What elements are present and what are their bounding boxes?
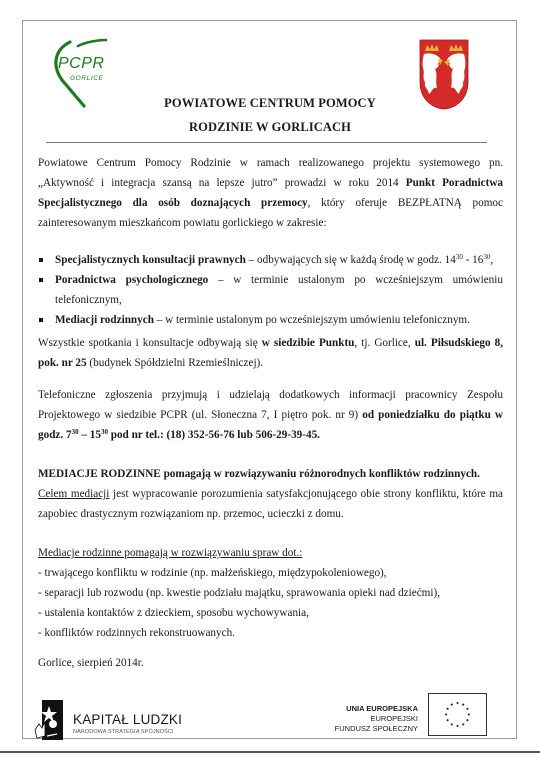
- time-superscript: 30: [101, 428, 108, 436]
- mediation-heading: MEDIACJE RODZINNE: [38, 468, 161, 480]
- mediation-paragraph: MEDIACJE RODZINNE pomagają w rozwiązywan…: [38, 464, 503, 524]
- list-item: Mediacji rodzinnych – w terminie ustalon…: [38, 310, 503, 330]
- list-item: - konfliktów rodzinnych rekonstruowanych…: [38, 623, 503, 643]
- location-text: (budynek Spółdzielni Rzemieślniczej).: [87, 357, 263, 369]
- eu-title: UNIA EUROPEJSKA: [335, 703, 418, 714]
- list-item: - trwającego konfliktu w rodzinie (np. m…: [38, 563, 503, 583]
- topics-heading: Mediacje rodzinne pomagają w rozwiązywan…: [38, 547, 302, 559]
- contact-phone: pod nr tel.: (18) 352-56-76 lub 506-29-3…: [108, 429, 320, 441]
- bullet-square-icon: [39, 278, 43, 282]
- location-bold: w siedzibie Punktu: [262, 337, 355, 349]
- service-name: Mediacji rodzinnych: [55, 314, 154, 326]
- eu-stars-icon: [428, 693, 487, 736]
- svg-text:GORLICE: GORLICE: [70, 75, 104, 82]
- page-title-line1: POWIATOWE CENTRUM POMOCY: [0, 96, 540, 111]
- list-item: - ustalenia kontaktów z dzieckiem, sposo…: [38, 603, 503, 623]
- eu-text-block: UNIA EUROPEJSKA EUROPEJSKI FUNDUSZ SPOŁE…: [335, 703, 418, 734]
- contact-hours: – 15: [79, 429, 101, 441]
- service-desc: ,: [490, 254, 493, 266]
- kapital-ludzki-logo-icon: [33, 700, 63, 740]
- list-item: Specjalistycznych konsultacji prawnych –…: [38, 250, 503, 270]
- service-name: Poradnictwa psychologicznego: [55, 274, 208, 286]
- svg-text:PCPR: PCPR: [58, 55, 104, 72]
- time-superscript: 30: [456, 253, 463, 261]
- service-desc: – odbywających się w każdą środę w godz.…: [246, 254, 456, 266]
- page-title-line2: RODZINIE W GORLICACH: [0, 120, 540, 135]
- services-list: Specjalistycznych konsultacji prawnych –…: [38, 250, 503, 330]
- mediation-heading-rest: pomagają w rozwiązywaniu różnorodnych ko…: [161, 468, 480, 480]
- place-date: Gorlice, sierpień 2014r.: [38, 653, 503, 673]
- eu-fund-line2: FUNDUSZ SPOŁECZNY: [335, 724, 418, 734]
- service-name: Specjalistycznych konsultacji prawnych: [55, 254, 246, 266]
- list-item: Poradnictwa psychologicznego – w termini…: [38, 270, 503, 310]
- kapital-ludzki-subtitle: NARODOWA STRATEGIA SPÓJNOŚCI: [73, 729, 174, 735]
- mediation-topics: Mediacje rodzinne pomagają w rozwiązywan…: [38, 543, 503, 643]
- eu-fund-line1: EUROPEJSKI: [335, 714, 418, 724]
- location-paragraph: Wszystkie spotkania i konsultacje odbywa…: [38, 333, 503, 373]
- list-item: - separacji lub rozwodu (np. kwestie pod…: [38, 583, 503, 603]
- location-text: , tj. Gorlice,: [354, 337, 414, 349]
- service-desc: - 16: [463, 254, 484, 266]
- time-superscript: 30: [72, 428, 79, 436]
- mediation-goal-label: Celem mediacji: [38, 488, 109, 500]
- header-divider: [46, 142, 487, 143]
- location-text: Wszystkie spotkania i konsultacje odbywa…: [38, 337, 262, 349]
- page-bottom-divider: [0, 751, 540, 753]
- service-desc: – w terminie ustalonym po wcześniejszym …: [154, 314, 470, 326]
- kapital-ludzki-title: KAPITAŁ LUDZKI: [73, 712, 182, 727]
- bullet-square-icon: [39, 318, 43, 322]
- intro-paragraph: Powiatowe Centrum Pomocy Rodzinie w rama…: [38, 153, 503, 233]
- contact-paragraph: Telefoniczne zgłoszenia przyjmują i udzi…: [38, 385, 503, 445]
- bullet-square-icon: [39, 258, 43, 262]
